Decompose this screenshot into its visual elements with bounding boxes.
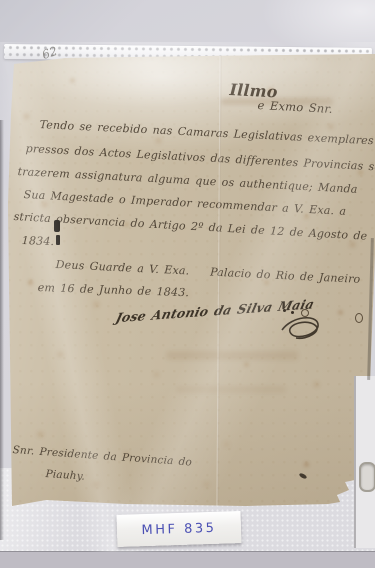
ink-bleedthrough (176, 386, 286, 393)
ink-ring-mark (301, 309, 309, 317)
catalog-label: MHF 835 (117, 511, 242, 547)
closing-line: em 16 de Junho de 1843. (38, 281, 190, 299)
punch-hole (359, 462, 375, 492)
sleeve-left-shadow (0, 120, 4, 540)
ink-blot (54, 220, 60, 232)
addressee-line: Piauhy. (45, 468, 85, 483)
corner-smudge (299, 472, 308, 479)
salutation-line-2: e Exmo Snr. (257, 98, 333, 116)
ink-bleedthrough (166, 351, 298, 360)
ink-speck (291, 311, 294, 314)
plastic-crease-highlight (216, 54, 221, 510)
manuscript-line: Tendo se recebido nas Camaras Legislativ… (39, 118, 375, 148)
ink-speck (283, 309, 286, 312)
ink-ring-mark (355, 313, 363, 323)
signature-flourish (278, 312, 324, 344)
closing-line: Deus Guarde a V. Exa. Palacio do Rio de … (55, 258, 360, 286)
catalog-label-text: MHF 835 (141, 520, 216, 537)
backdrop-bottom-edge (0, 551, 375, 568)
sleeve-edge-strip (354, 376, 375, 548)
addressee-line: Snr. Presidente da Provincia do (12, 444, 192, 469)
manuscript-line: 1834. (22, 234, 55, 248)
photo-of-archival-document: Illmo e Exmo Snr. Tendo se recebido nas … (0, 0, 375, 568)
manuscript-paper: Illmo e Exmo Snr. Tendo se recebido nas … (6, 54, 375, 510)
